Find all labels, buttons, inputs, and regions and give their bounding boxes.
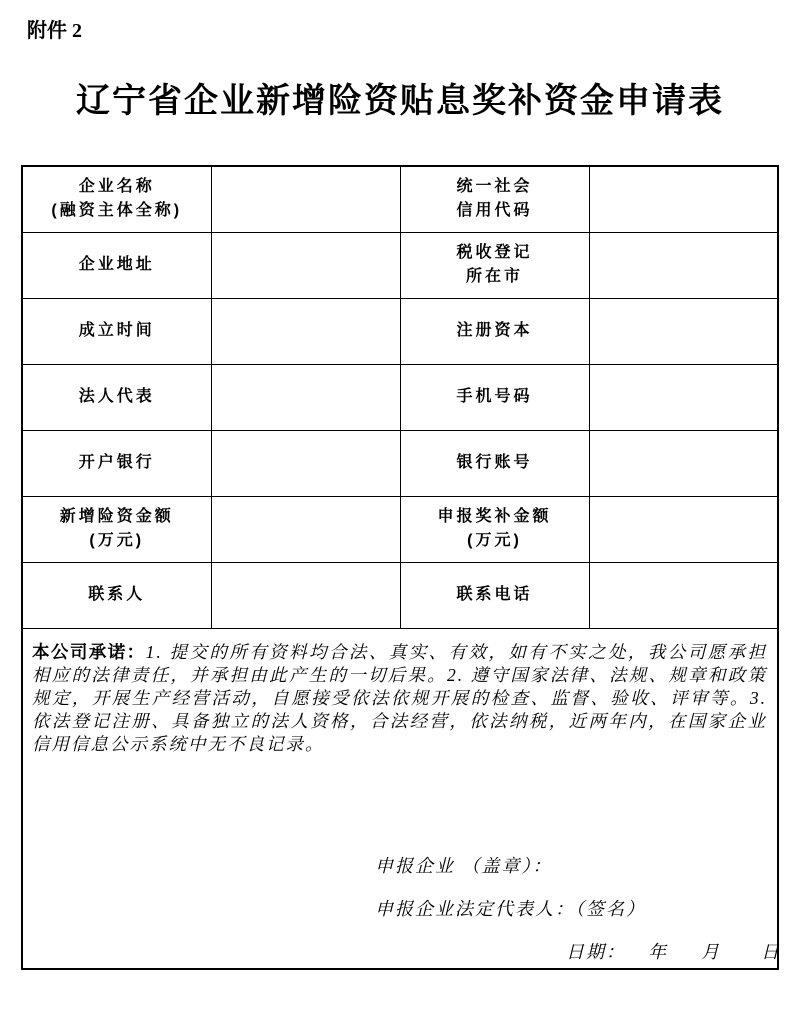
table-row-address: 企业地址 税收登记 所在市: [22, 232, 778, 298]
field-label-new-insurance-amount: 新增险资金额 (万元): [22, 496, 211, 562]
field-value-bank-account: [589, 430, 778, 496]
field-value-founding-date: [211, 298, 400, 364]
field-value-mobile-number: [589, 364, 778, 430]
field-label-registered-capital: 注册资本: [400, 298, 589, 364]
date-label: 日期：: [566, 940, 626, 964]
table-row-founding: 成立时间 注册资本: [22, 298, 778, 364]
field-label-company-name: 企业名称 (融资主体全称): [22, 166, 211, 232]
table-row-company-name: 企业名称 (融资主体全称) 统一社会 信用代码: [22, 166, 778, 232]
field-value-company-address: [211, 232, 400, 298]
application-form-table: 企业名称 (融资主体全称) 统一社会 信用代码 企业地址 税收登记 所在市 成立…: [21, 165, 779, 970]
field-value-new-insurance-amount: [211, 496, 400, 562]
field-value-company-name: [211, 166, 400, 232]
field-label-founding-date: 成立时间: [22, 298, 211, 364]
field-label-contact-phone: 联系电话: [400, 562, 589, 628]
day-label: 日: [761, 940, 781, 964]
table-row-legal-rep: 法人代表 手机号码: [22, 364, 778, 430]
field-value-tax-city: [589, 232, 778, 298]
field-value-legal-representative: [211, 364, 400, 430]
field-label-contact-person: 联系人: [22, 562, 211, 628]
month-label: 月: [701, 940, 721, 964]
field-label-mobile-number: 手机号码: [400, 364, 589, 430]
field-value-credit-code: [589, 166, 778, 232]
field-value-registered-capital: [589, 298, 778, 364]
field-label-tax-city: 税收登记 所在市: [400, 232, 589, 298]
field-label-subsidy-amount: 申报奖补金额 (万元): [400, 496, 589, 562]
field-value-subsidy-amount: [589, 496, 778, 562]
field-label-bank-account: 银行账号: [400, 430, 589, 496]
year-label: 年: [648, 940, 668, 964]
table-row-contact: 联系人 联系电话: [22, 562, 778, 628]
field-value-contact-phone: [589, 562, 778, 628]
commitment-row: 本公司承诺：1. 提交的所有资料均合法、真实、有效，如有不实之处，我公司愿承担相…: [22, 628, 778, 969]
field-value-contact-person: [211, 562, 400, 628]
table-row-bank: 开户银行 银行账号: [22, 430, 778, 496]
commitment-paragraph: 本公司承诺：1. 提交的所有资料均合法、真实、有效，如有不实之处，我公司愿承担相…: [23, 630, 777, 756]
field-label-credit-code: 统一社会 信用代码: [400, 166, 589, 232]
company-seal-line: 申报企业 （盖章）：: [375, 854, 553, 878]
field-value-opening-bank: [211, 430, 400, 496]
page-title: 辽宁省企业新增险资贴息奖补资金申请表: [0, 80, 800, 124]
legal-representative-signature-line: 申报企业法定代表人：（签名）: [375, 897, 646, 921]
field-label-opening-bank: 开户银行: [22, 430, 211, 496]
commitment-lead: 本公司承诺：: [32, 642, 146, 662]
commitment-section: 本公司承诺：1. 提交的所有资料均合法、真实、有效，如有不实之处，我公司愿承担相…: [22, 628, 778, 969]
document-page: 附件 2 辽宁省企业新增险资贴息奖补资金申请表 企业名称 (融资主体全称) 统一…: [0, 0, 800, 1029]
field-label-company-address: 企业地址: [22, 232, 211, 298]
table-row-amounts: 新增险资金额 (万元) 申报奖补金额 (万元): [22, 496, 778, 562]
attachment-label: 附件 2: [27, 16, 82, 46]
field-label-legal-representative: 法人代表: [22, 364, 211, 430]
